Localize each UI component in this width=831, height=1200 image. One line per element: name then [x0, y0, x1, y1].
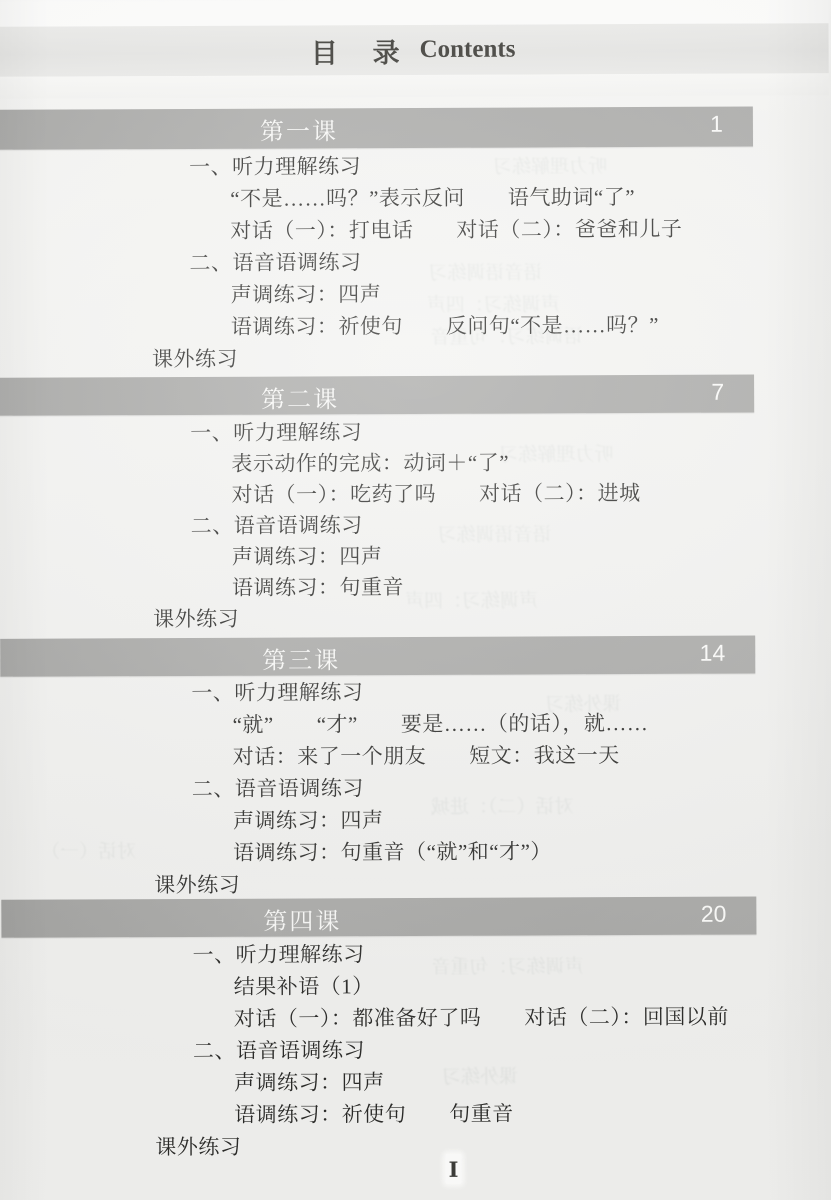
- toc-title-chinese: 目 录: [311, 31, 414, 70]
- toc-line: 结果补语（1）: [2, 968, 792, 1003]
- toc-line: 语调练习：祈使句 反问句“不是……吗？”: [0, 308, 789, 343]
- toc-line: 课外练习: [0, 340, 789, 375]
- toc-title-band: 目 录 Contents: [0, 23, 829, 77]
- toc-line: 对话（一）：吃药了吗 对话（二）：进城: [0, 477, 790, 511]
- toc-line: 一、听力理解练习: [0, 148, 788, 183]
- lesson-2-contents: 一、听力理解练习 表示动作的完成：动词＋“了” 对话（一）：吃药了吗 对话（二）…: [0, 415, 790, 635]
- toc-line: 二、语音语调练习: [1, 770, 791, 805]
- toc-line: 课外练习: [2, 1128, 792, 1163]
- toc-line: 二、语音语调练习: [0, 508, 790, 542]
- toc-line: 表示动作的完成：动词＋“了”: [0, 446, 789, 480]
- toc-line: 语调练习：句重音（“就”和“才”）: [1, 834, 791, 869]
- lesson-3-page-number: 14: [700, 640, 726, 667]
- lesson-1-contents: 一、听力理解练习 “不是……吗？”表示反问 语气助词“了” 对话（一）：打电话 …: [0, 148, 789, 375]
- toc-line: 对话：来了一个朋友 短文：我这一天: [1, 738, 791, 773]
- lesson-4-contents: 一、听力理解练习 结果补语（1） 对话（一）：都准备好了吗 对话（二）：回国以前…: [1, 936, 792, 1163]
- lesson-3-header-bar: 第三课 14: [0, 636, 755, 677]
- lesson-1-title: 第一课: [260, 111, 338, 146]
- toc-title-english: Contents: [419, 36, 515, 64]
- lesson-4-header-bar: 第四课 20: [1, 897, 756, 938]
- band-shadow: [0, 73, 829, 99]
- lesson-2-page-number: 7: [711, 379, 724, 406]
- lesson-2-header-bar: 第二课 7: [0, 375, 754, 416]
- toc-line: 一、听力理解练习: [1, 936, 791, 971]
- lesson-4-title: 第四课: [263, 901, 341, 936]
- toc-line: “就” “才” 要是……（的话），就……: [0, 706, 790, 741]
- scanned-page: 目 录 Contents 听力理解练习 语音语调练习 声调练习：四声 语调练习：…: [0, 0, 831, 1200]
- toc-line: 语调练习：祈使句 句重音: [2, 1096, 792, 1131]
- toc-line: 声调练习：四声: [2, 1064, 792, 1099]
- toc-line: 二、语音语调练习: [0, 244, 789, 279]
- toc-line: 对话（一）：打电话 对话（二）：爸爸和儿子: [0, 212, 788, 247]
- lesson-4-page-number: 20: [701, 901, 727, 928]
- toc-line: 一、听力理解练习: [0, 415, 789, 449]
- lesson-2-title: 第二课: [261, 379, 339, 414]
- toc-line: 声调练习：四声: [0, 276, 789, 311]
- lesson-1-header-bar: 第一课 1: [0, 107, 753, 150]
- toc-line: 二、语音语调练习: [2, 1032, 792, 1067]
- toc-line: 声调练习：四声: [1, 802, 791, 837]
- toc-line: 声调练习：四声: [0, 539, 790, 573]
- toc-line: “不是……吗？”表示反问 语气助词“了”: [0, 180, 788, 215]
- toc-line: 语调练习：句重音: [0, 570, 790, 604]
- toc-line: 一、听力理解练习: [0, 674, 790, 709]
- lesson-1-page-number: 1: [710, 111, 723, 138]
- lesson-3-contents: 一、听力理解练习 “就” “才” 要是……（的话），就…… 对话：来了一个朋友 …: [0, 674, 791, 901]
- lesson-3-title: 第三课: [262, 640, 340, 675]
- folio-page-number: I: [445, 1154, 461, 1184]
- toc-line: 对话（一）：都准备好了吗 对话（二）：回国以前: [2, 1000, 792, 1035]
- folio-roman-numeral: I: [449, 1156, 459, 1181]
- toc-line: 课外练习: [0, 601, 790, 635]
